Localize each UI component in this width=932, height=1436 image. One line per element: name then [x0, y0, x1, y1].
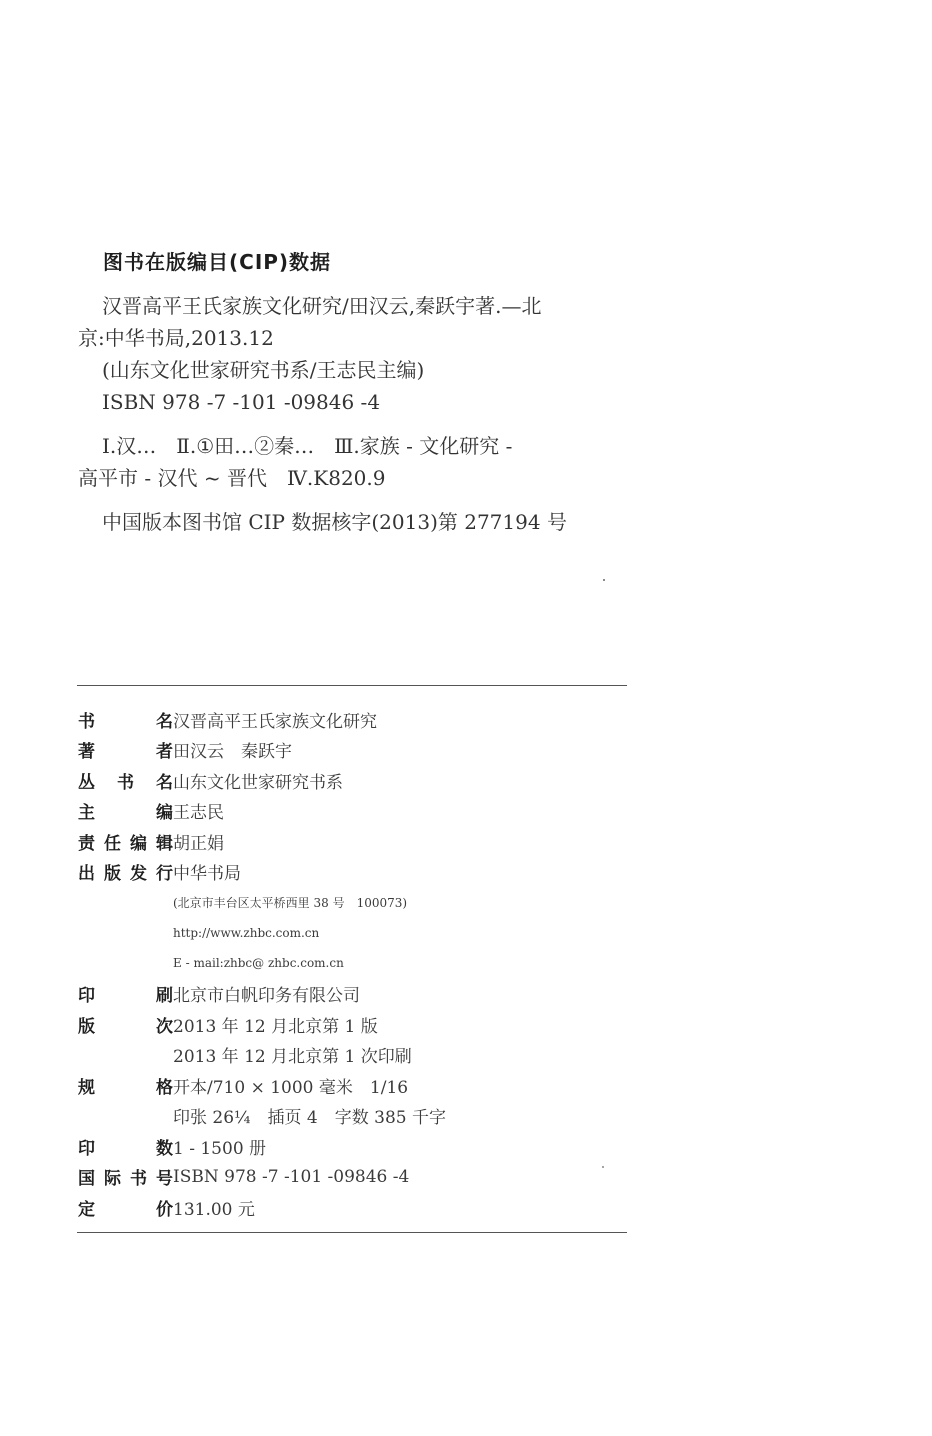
- divider-top: [77, 685, 627, 686]
- label-edition: 版次: [78, 1012, 173, 1037]
- value-publisher-website: http://www.zhbc.com.cn: [173, 926, 319, 940]
- colophon-table: 书名 汉晋高平王氏家族文化研究 著者 田汉云 秦跃宇 丛书名 山东文化世家研究书…: [78, 704, 638, 1223]
- cip-line-title: 汉晋高平王氏家族文化研究/田汉云,秦跃宇著.—北: [78, 290, 638, 322]
- scan-speck: [602, 1166, 604, 1168]
- cip-line-series: (山东文化世家研究书系/王志民主编): [78, 354, 638, 386]
- cip-line-isbn: ISBN 978 -7 -101 -09846 -4: [78, 386, 638, 418]
- value-chief-editor: 王志民: [173, 798, 224, 823]
- value-price: 131.00 元: [173, 1195, 255, 1220]
- row-printer: 印刷 北京市白帆印务有限公司: [78, 979, 638, 1010]
- label-chief-editor: 主编: [78, 798, 173, 823]
- row-isbn: 国际书号 ISBN 978 -7 -101 -09846 -4: [78, 1162, 638, 1193]
- value-edition: 2013 年 12 月北京第 1 版: [173, 1012, 378, 1037]
- value-publisher: 中华书局: [173, 859, 241, 884]
- cip-line-record-number: 中国版本图书馆 CIP 数据核字(2013)第 277194 号: [78, 506, 638, 538]
- value-print-run: 1 - 1500 册: [173, 1134, 266, 1159]
- value-responsible-editor: 胡正娟: [173, 829, 224, 854]
- row-publisher-website: http://www.zhbc.com.cn: [78, 918, 638, 949]
- value-format: 开本/710 × 1000 毫米 1/16: [173, 1073, 408, 1098]
- label-isbn: 国际书号: [78, 1164, 173, 1189]
- row-authors: 著者 田汉云 秦跃宇: [78, 735, 638, 766]
- scan-speck: [603, 579, 605, 581]
- row-price: 定价 131.00 元: [78, 1192, 638, 1223]
- value-isbn: ISBN 978 -7 -101 -09846 -4: [173, 1167, 409, 1187]
- value-book-title: 汉晋高平王氏家族文化研究: [173, 707, 377, 732]
- cip-line-publisher: 京:中华书局,2013.12: [78, 322, 638, 354]
- value-sheets: 印张 26¼ 插页 4 字数 385 千字: [173, 1103, 446, 1128]
- row-chief-editor: 主编 王志民: [78, 796, 638, 827]
- label-series: 丛书名: [78, 768, 173, 793]
- label-publisher: 出版发行: [78, 859, 173, 884]
- label-format: 规格: [78, 1073, 173, 1098]
- value-publisher-email: E - mail:zhbc@ zhbc.com.cn: [173, 956, 344, 970]
- label-price: 定价: [78, 1195, 173, 1220]
- row-sheets: 印张 26¼ 插页 4 字数 385 千字: [78, 1101, 638, 1132]
- divider-bottom: [77, 1232, 627, 1233]
- cip-heading: 图书在版编目(CIP)数据: [103, 246, 331, 275]
- label-book-title: 书名: [78, 707, 173, 732]
- row-publisher: 出版发行 中华书局: [78, 857, 638, 888]
- row-format: 规格 开本/710 × 1000 毫米 1/16: [78, 1070, 638, 1101]
- value-printer: 北京市白帆印务有限公司: [173, 981, 360, 1006]
- row-responsible-editor: 责任编辑 胡正娟: [78, 826, 638, 857]
- label-printer: 印刷: [78, 981, 173, 1006]
- row-printing: 2013 年 12 月北京第 1 次印刷: [78, 1040, 638, 1071]
- label-authors: 著者: [78, 737, 173, 762]
- value-authors: 田汉云 秦跃宇: [173, 737, 292, 762]
- row-book-title: 书名 汉晋高平王氏家族文化研究: [78, 704, 638, 735]
- value-series: 山东文化世家研究书系: [173, 768, 343, 793]
- value-printing: 2013 年 12 月北京第 1 次印刷: [173, 1042, 412, 1067]
- row-series: 丛书名 山东文化世家研究书系: [78, 765, 638, 796]
- cip-line-subjects-cont: 高平市 - 汉代 ~ 晋代 Ⅳ.K820.9: [78, 462, 638, 494]
- cip-record: 汉晋高平王氏家族文化研究/田汉云,秦跃宇著.—北 京:中华书局,2013.12 …: [78, 290, 638, 538]
- row-publisher-address: (北京市丰台区太平桥西里 38 号 100073): [78, 887, 638, 918]
- cip-line-subjects: Ⅰ.汉… Ⅱ.①田…②秦… Ⅲ.家族 - 文化研究 -: [78, 430, 638, 462]
- label-responsible-editor: 责任编辑: [78, 829, 173, 854]
- row-print-run: 印数 1 - 1500 册: [78, 1131, 638, 1162]
- row-edition: 版次 2013 年 12 月北京第 1 版: [78, 1009, 638, 1040]
- label-print-run: 印数: [78, 1134, 173, 1159]
- value-publisher-address: (北京市丰台区太平桥西里 38 号 100073): [173, 894, 407, 911]
- row-publisher-email: E - mail:zhbc@ zhbc.com.cn: [78, 948, 638, 979]
